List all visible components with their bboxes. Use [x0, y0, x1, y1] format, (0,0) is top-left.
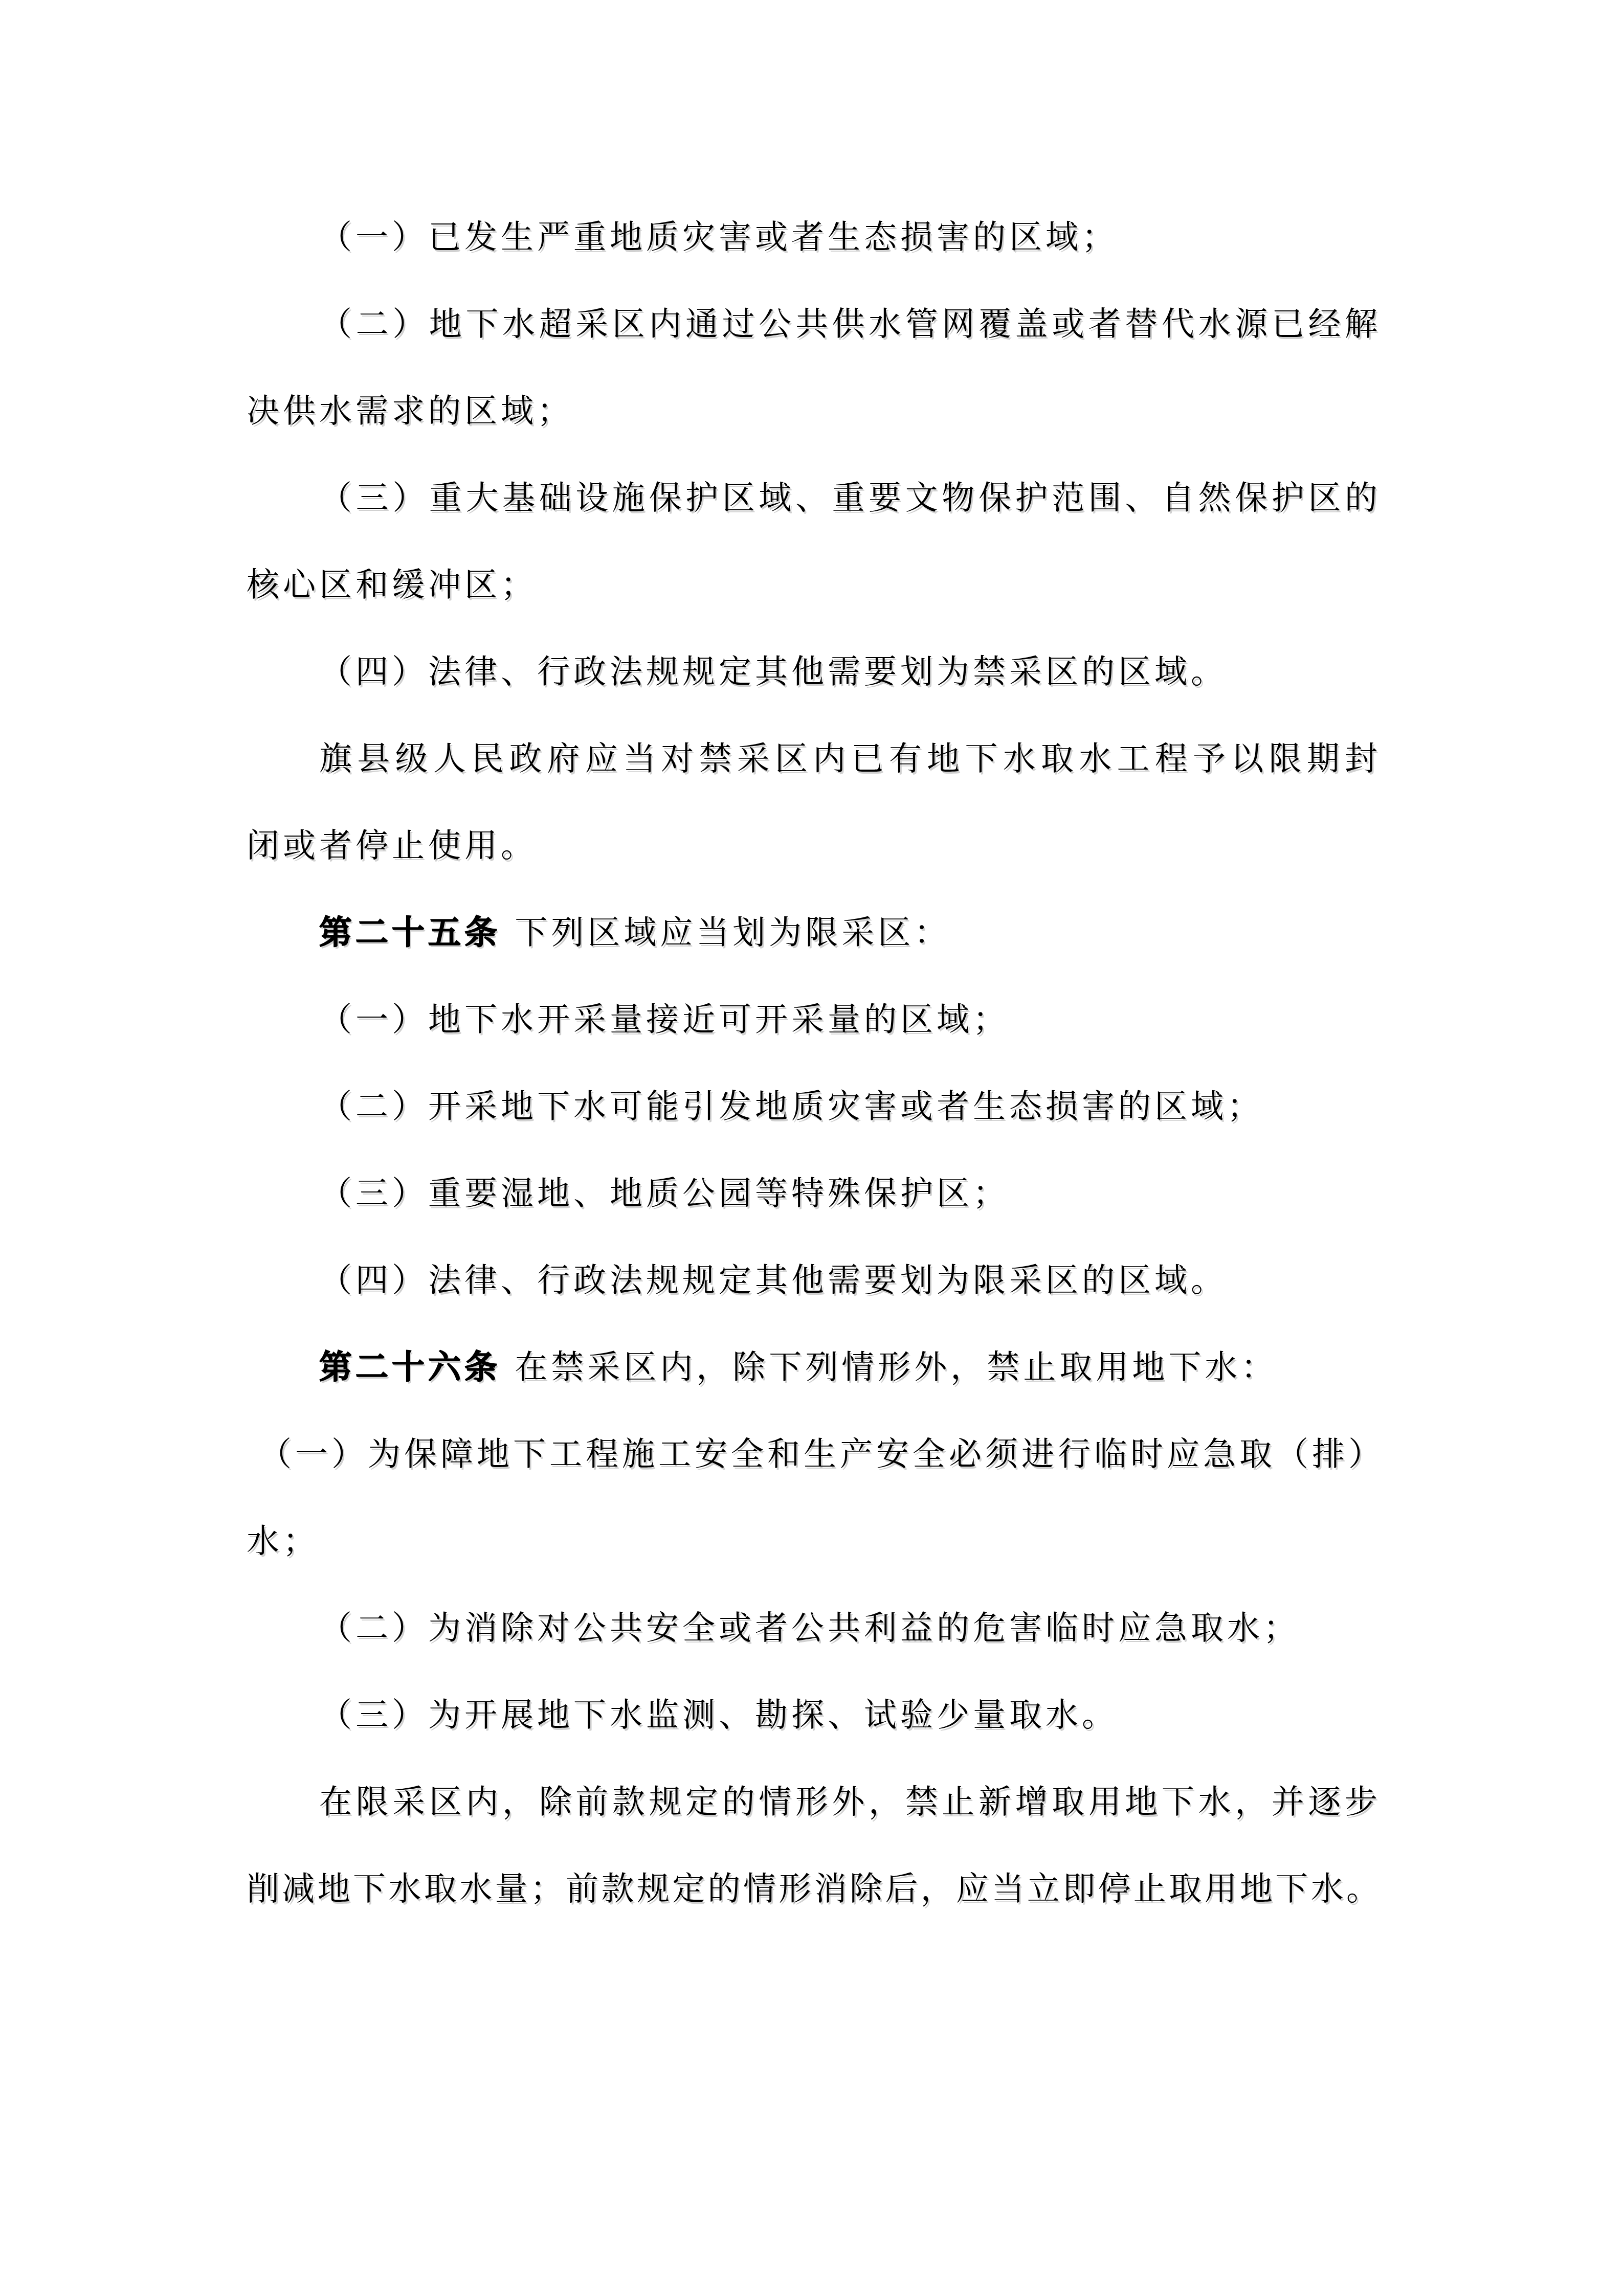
document-line-12: （三）重要湿地、地质公园等特殊保护区；	[247, 1150, 1381, 1237]
document-line-3: 决供水需求的区域；	[247, 368, 1381, 455]
line-text: 在限采区内，除前款规定的情形外，禁止新增取用地下水，并逐步	[319, 1783, 1381, 1821]
document-line-2: （二）地下水超采区内通过公共供水管网覆盖或者替代水源已经解	[247, 281, 1381, 368]
document-line-4: （三）重大基础设施保护区域、重要文物保护范围、自然保护区的	[247, 455, 1381, 542]
line-text: （一）地下水开采量接近可开采量的区域；	[319, 1001, 1009, 1039]
line-text: 核心区和缓冲区；	[247, 566, 537, 604]
line-text: （三）重要湿地、地质公园等特殊保护区；	[319, 1175, 1009, 1212]
line-text: 下列区域应当划为限采区：	[501, 914, 950, 952]
document-line-11: （二）开采地下水可能引发地质灾害或者生态损害的区域；	[247, 1063, 1381, 1150]
document-line-10: （一）地下水开采量接近可开采量的区域；	[247, 976, 1381, 1063]
document-line-20: 削减地下水取水量；前款规定的情形消除后，应当立即停止取用地下水。	[247, 1845, 1381, 1932]
document-line-8: 闭或者停止使用。	[247, 802, 1381, 889]
line-text: 水；	[247, 1522, 319, 1560]
line-text: （二）地下水超采区内通过公共供水管网覆盖或者替代水源已经解	[319, 305, 1381, 343]
line-text: 在禁采区内，除下列情形外，禁止取用地下水：	[501, 1348, 1277, 1386]
document-line-1: （一）已发生严重地质灾害或者生态损害的区域；	[247, 194, 1381, 281]
line-text: 闭或者停止使用。	[247, 827, 537, 865]
line-text: 旗县级人民政府应当对禁采区内已有地下水取水工程予以限期封	[319, 740, 1381, 778]
article-26-heading: 第二十六条	[319, 1348, 501, 1386]
line-text: 决供水需求的区域；	[247, 392, 573, 430]
document-text-block: （一）已发生严重地质灾害或者生态损害的区域； （二）地下水超采区内通过公共供水管…	[247, 194, 1381, 1932]
line-text: （一）已发生严重地质灾害或者生态损害的区域；	[319, 218, 1118, 256]
document-line-19: 在限采区内，除前款规定的情形外，禁止新增取用地下水，并逐步	[247, 1759, 1381, 1845]
article-25-heading: 第二十五条	[319, 914, 501, 952]
document-line-17: （二）为消除对公共安全或者公共利益的危害临时应急取水；	[247, 1585, 1381, 1672]
document-line-6: （四）法律、行政法规规定其他需要划为禁采区的区域。	[247, 628, 1381, 715]
line-text: （二）开采地下水可能引发地质灾害或者生态损害的区域；	[319, 1088, 1263, 1126]
document-line-14: 第二十六条 在禁采区内，除下列情形外，禁止取用地下水：	[247, 1324, 1381, 1411]
line-text: 削减地下水取水量；前款规定的情形消除后，应当立即停止取用地下水。	[247, 1870, 1381, 1908]
line-text: （一）为保障地下工程施工安全和生产安全必须进行临时应急取（排）	[259, 1435, 1381, 1473]
line-text: （四）法律、行政法规规定其他需要划为限采区的区域。	[319, 1262, 1227, 1299]
document-line-5: 核心区和缓冲区；	[247, 542, 1381, 628]
document-line-9: 第二十五条 下列区域应当划为限采区：	[247, 889, 1381, 976]
document-line-18: （三）为开展地下水监测、勘探、试验少量取水。	[247, 1672, 1381, 1759]
document-page: （一）已发生严重地质灾害或者生态损害的区域； （二）地下水超采区内通过公共供水管…	[0, 0, 1624, 2296]
line-text: （三）为开展地下水监测、勘探、试验少量取水。	[319, 1696, 1118, 1734]
line-text: （三）重大基础设施保护区域、重要文物保护范围、自然保护区的	[319, 479, 1381, 517]
document-line-7: 旗县级人民政府应当对禁采区内已有地下水取水工程予以限期封	[247, 715, 1381, 802]
document-line-15: （一）为保障地下工程施工安全和生产安全必须进行临时应急取（排）	[247, 1411, 1381, 1498]
document-line-13: （四）法律、行政法规规定其他需要划为限采区的区域。	[247, 1237, 1381, 1324]
line-text: （四）法律、行政法规规定其他需要划为禁采区的区域。	[319, 653, 1227, 691]
document-line-16: 水；	[247, 1498, 1381, 1585]
line-text: （二）为消除对公共安全或者公共利益的危害临时应急取水；	[319, 1609, 1300, 1647]
